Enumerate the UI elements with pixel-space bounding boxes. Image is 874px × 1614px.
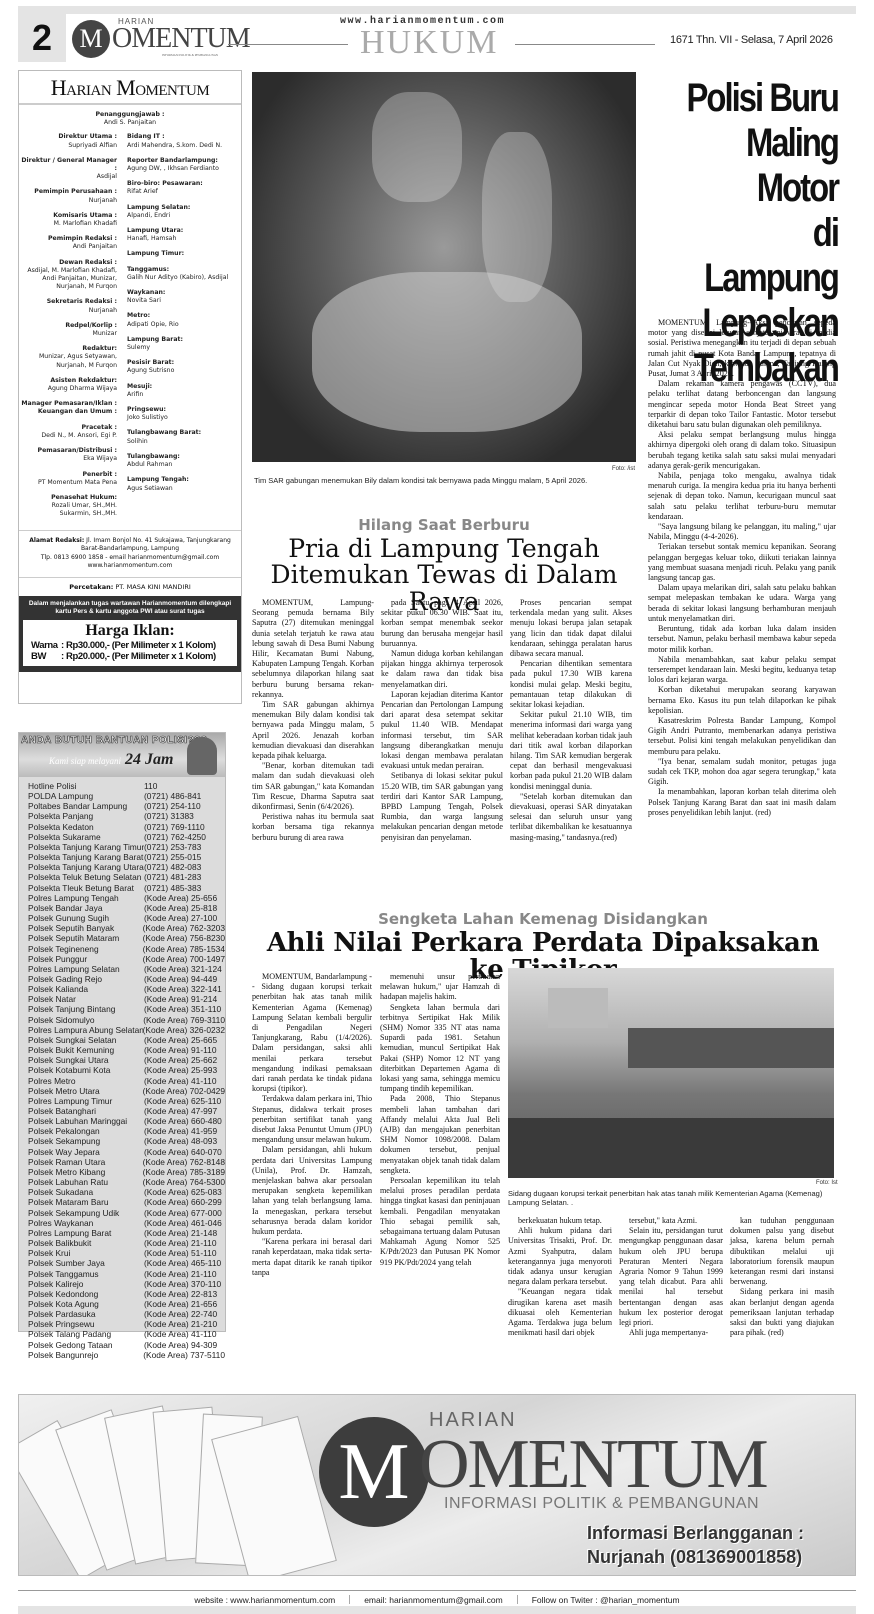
police-row: Polsek Gading Rejo(Kode Area) 94-449 [28,974,225,984]
masthead-entry: Tanggamus:Galih Nur Adityo (Kabiro), Asd… [127,266,241,282]
masthead-entry: Manager Pemasaran/Iklan : Keuangan dan U… [19,400,117,416]
police-banner-sub: Kami siap melayani [49,756,121,766]
masthead-entry: Direktur / General Manager :Asdijal [19,157,117,182]
police-row: Polsekta Tanjung Karang Timur(0721) 253-… [28,842,225,852]
masthead-entry: Pemimpin Redaksi :Andi Panjaitan [19,235,117,251]
masthead-entry: Lampung Timur: [127,250,241,258]
police-row: Polsek Krui(Kode Area) 51-110 [28,1248,225,1258]
police-row: Polsek Sekampung Udik(Kode Area) 677-000 [28,1208,225,1218]
paragraph: Dalam rekaman kamera pengawas (CCTV), du… [648,379,836,430]
masthead-entry: Dewan Redaksi :Asdijal, M. Marlofian Kha… [19,259,117,292]
police-row: Polsek Way Jepara(Kode Area) 640-070 [28,1147,225,1157]
tipikor-column-2: memenuhi unsur perbuatan melawan hukum,"… [380,972,500,1268]
police-row: Polsek Gunung Sugih(Kode Area) 27-100 [28,913,225,923]
contact: Tlp. 0813 6900 1858 - email harianmoment… [41,554,219,561]
court-photo [508,968,834,1178]
paragraph: Persoalan kepemilikan itu telah melalui … [380,1176,500,1268]
ad-rate-row: BW: Rp20.000,- (Per Milimeter x 1 Kolom) [31,651,229,662]
masthead-entry: Pracetak :Dedi N., M. Ansori, Egi P. [19,424,117,440]
tipikor-column-5: kan tuduhan penggunaan dokumen palsu yan… [730,1216,834,1338]
logo-tagline: INFORMASI POLITIK & PEMBANGUNAN [162,53,218,57]
masthead-entry: Lampung Utara:Hanafi, Hamsah [127,227,241,243]
header-rule-left [228,44,348,45]
police-row: Polsek Sekampung(Kode Area) 48-093 [28,1136,225,1146]
police-row: Polsek Kedondong(Kode Area) 22-813 [28,1289,225,1299]
logo-harian: HARIAN [118,17,154,26]
paragraph: Tim SAR gabungan akhirnya menemukan Bily… [252,700,374,761]
tipikor-column-3: berkekuatan hukum tetap.Ahli hukum pidan… [508,1216,612,1338]
tipikor-column-1: MOMENTUM, Bandarlampung -- Sidang dugaan… [252,972,372,1278]
paragraph: Nabila, penjaga toko mengaku, awalnya ti… [648,471,836,522]
police-row: Polsek Bangunrejo(Kode Area) 737-5110 [28,1350,225,1360]
paragraph: Selain itu, persidangan turut mengungkap… [619,1226,723,1328]
subscription-ad[interactable]: M HARIAN OMENTUM INFORMASI POLITIK & PEM… [18,1394,856,1576]
police-row: Polsek Bukit Kemuning(Kode Area) 91-110 [28,1045,225,1055]
sar-column-2: pada Sabtu pagi, 4 April 2026, sekitar p… [381,598,503,843]
police-row: Polsek Gedong Tataan(Kode Area) 94-309 [28,1340,225,1350]
masthead-title: Harian Momentum [19,71,241,105]
police-row: Polsek Metro Kibang(Kode Area) 785-3189 [28,1167,225,1177]
masthead-entry: Lampung Tengah:Agus Setiawan [127,476,241,492]
police-row: Polsek Balikbukit(Kode Area) 21-110 [28,1238,225,1248]
maling-body: MOMENTUM, Lampung--Aksi pencurian sepeda… [648,318,836,818]
paragraph: Ahli juga mempertanya- [619,1328,723,1338]
masthead-entry: Pemasaran/Distribusi :Eka Wijaya [19,447,117,463]
top-bar [18,6,856,14]
police-row: Polsek Batanghari(Kode Area) 47-997 [28,1106,225,1116]
police-row: Polres Lampura Abung Selatan(Kode Area) … [28,1025,225,1035]
paragraph: Beruntung, tidak ada korban luka dalam i… [648,624,836,655]
paragraph: MOMENTUM, Bandarlampung -- Sidang dugaan… [252,972,372,1094]
ad-logo-m-icon: M [319,1417,429,1527]
police-row: Polsekta Tleuk Betung Barat(0721) 485-38… [28,883,225,893]
police-row: Polsek Labuhan Ratu(Kode Area) 764-5300 [28,1177,225,1187]
police-row: Polsek Sukadana(Kode Area) 625-083 [28,1187,225,1197]
paragraph: Sidang perkara ini masih akan berlanjut … [730,1287,834,1338]
sar-photo-caption: Tim SAR gabungan menemukan Bily dalam ko… [254,476,587,485]
paragraph: Kasatreskrim Polresta Bandar Lampung, Ko… [648,716,836,757]
footer-email[interactable]: email: harianmomentum@gmail.com [364,1595,503,1605]
police-directory: ANDA BUTUH BANTUAN POLISI??? Kami siap m… [18,732,226,1332]
paragraph: Pencarian dihentikan sementara pada puku… [510,659,632,710]
paragraph: Terdakwa dalam perkara ini, Thio Stepanu… [252,1094,372,1145]
police-row: Polres Lampung Timur(Kode Area) 625-110 [28,1096,225,1106]
paragraph: Dalam upaya melarikan diri, salah satu p… [648,583,836,624]
police-row: Polsek Tegineneng(Kode Area) 785-1534 [28,944,225,954]
police-row: Polsek Sidomulyo(Kode Area) 769-3110 [28,1015,225,1025]
paragraph: Proses pencarian sempat terkendala medan… [510,598,632,659]
ad-tagline: INFORMASI POLITIK & PEMBANGUNAN [444,1495,759,1513]
paragraph: Laporan kejadian diterima Kantor Pencari… [381,690,503,772]
page-number: 2 [18,14,66,62]
masthead-entry: Tulangbawang Barat:Solihin [127,429,241,445]
paragraph: Namun diduga korban kehilangan pijakan h… [381,649,503,690]
header-rule-right [515,44,655,45]
police-banner-title: ANDA BUTUH BANTUAN POLISI??? [21,735,207,746]
police-row: Polsekta Tanjung Karang Barat(0721) 255-… [28,852,225,862]
police-row: Polres Metro(Kode Area) 41-110 [28,1076,225,1086]
masthead-entry: Tulangbawang:Abdul Rahman [127,453,241,469]
masthead-entry: Direktur Utama :Supriyadi Alfian [19,133,117,149]
police-row: Polsek Tanggamus(Kode Area) 21-110 [28,1269,225,1279]
masthead-entry: Redaktur:Munizar, Agus Setyawan, Nurjana… [19,345,117,370]
police-row: Polsek Sumber Jaya(Kode Area) 465-110 [28,1258,225,1268]
paragraph: Teriakan tersebut sontak memicu kepanika… [648,542,836,583]
paragraph: "Karena perkara ini berasal dari ranah k… [252,1237,372,1278]
police-row: Polsek Talang Padang(Kode Area) 41-110 [28,1329,225,1339]
masthead-left-column: Direktur Utama :Supriyadi AlfianDirektur… [19,133,123,525]
footer-twitter[interactable]: Follow on Twiter : @harian_momentum [532,1595,680,1605]
police-row: Polsek Sungkai Utara(Kode Area) 25-662 [28,1055,225,1065]
police-officer-icon [187,737,217,775]
court-photo-caption: Sidang dugaan korupsi terkait penerbitan… [508,1189,834,1207]
police-row: Polsek Pringsewu(Kode Area) 21-210 [28,1319,225,1329]
police-row: Poltabes Bandar Lampung(0721) 254-110 [28,801,225,811]
paragraph: berkekuatan hukum tetap. [508,1216,612,1226]
masthead-entry: Pringsewu:Joko Sulistiyo [127,406,241,422]
police-row: Polsekta Tanjung Karang Utara(0721) 482-… [28,862,225,872]
paragraph: "Setelah korban ditemukan dan dievakuasi… [510,792,632,843]
paragraph: Peristiwa nahas itu bermula saat korban … [252,812,374,843]
paragraph: Ia menambahkan, laporan korban telah dit… [648,787,836,818]
logo-name: OMENTUM [112,23,250,54]
press-note: Dalam menjalankan tugas wartawan Harianm… [23,600,237,616]
police-row: Polsek Kalianda(Kode Area) 322-141 [28,984,225,994]
masthead-right-column: Bidang IT :Ardi Mahendra, S.kom. Dedi N.… [123,133,241,525]
police-row: Polsek Pardasuka(Kode Area) 22-740 [28,1309,225,1319]
masthead-entry: Biro-biro: Pesawaran:Rifat Arief [127,180,241,196]
police-row: Polsek Kotabumi Kota(Kode Area) 25-993 [28,1065,225,1075]
masthead: Harian Momentum Penanggungjawab : Andi S… [18,70,242,704]
paragraph: MOMENTUM, Lampung-Seorang pemuda bernama… [252,598,374,700]
police-row: Polsek Bandar Jaya(Kode Area) 25-818 [28,903,225,913]
sar-column-1: MOMENTUM, Lampung-Seorang pemuda bernama… [252,598,374,843]
paragraph: memenuhi unsur perbuatan melawan hukum,"… [380,972,500,1003]
paragraph: "Saya langsung bilang ke pelanggan, itu … [648,522,836,542]
police-row: Polsek Punggur(Kode Area) 700-1497 [28,954,225,964]
police-row: Polsek Kalirejo(Kode Area) 370-110 [28,1279,225,1289]
masthead-entry: Waykanan:Novita Sari [127,289,241,305]
logo-m-icon: M [72,20,110,58]
paragraph: kan tuduhan penggunaan dokumen palsu yan… [730,1216,834,1287]
paragraph: Aksi pelaku sempat berlangsung mulus hin… [648,430,836,471]
police-row: Polsekta Sukarame(0721) 762-4250 [28,832,225,842]
police-row: Polsek Seputih Mataram(Kode Area) 756-82… [28,933,225,943]
masthead-entry: Penerbit :PT Momentum Mata Pena [19,471,117,487]
masthead-entry: Reporter Bandarlampung:Agung DW, , Ikhsa… [127,157,241,173]
police-banner-hours: 24 Jam [125,751,173,768]
ad-rate-row: Warna: Rp30.000,- (Per Milimeter x 1 Kol… [31,640,229,651]
ad-subscribe-label: Informasi Berlangganan : [587,1523,804,1544]
police-row: Polsekta Teluk Betung Selatan(0721) 481-… [28,872,225,882]
police-row: Polsekta Panjang(0721) 31383 [28,811,225,821]
masthead-entry: Pesisir Barat:Agung Sutrisno [127,359,241,375]
tipikor-column-4: tersebut," kata Azmi.Selain itu, persida… [619,1216,723,1338]
masthead-entry: Penasehat Hukum:Rozali Umar, SH.,MH. Suk… [19,494,117,519]
paragraph: "Benar, korban ditemukan tadi malam dan … [252,761,374,812]
paragraph: pada Sabtu pagi, 4 April 2026, sekitar p… [381,598,503,649]
paragraph: Dalam persidangan, ahli hukum perdata da… [252,1145,372,1237]
paragraph: Nabila menambahkan, saat kabur pelaku se… [648,655,836,686]
paragraph: Korban diketahui merupakan seorang karya… [648,685,836,716]
police-row: POLDA Lampung(0721) 486-841 [28,791,225,801]
paragraph: Ahli hukum pidana dari Universitas Trisa… [508,1226,612,1287]
masthead-entry: Metro:Adipati Opie, Rio [127,312,241,328]
sar-photo [252,72,636,462]
paragraph: Sengketa lahan bermula dari terbitnya Se… [380,1003,500,1095]
penanggungjawab-label: Penanggungjawab : [95,111,164,118]
paragraph: MOMENTUM, Lampung--Aksi pencurian sepeda… [648,318,836,379]
police-row: Polsek Seputih Banyak(Kode Area) 762-320… [28,923,225,933]
footer-website[interactable]: website : www.harianmomentum.com [194,1595,335,1605]
police-row: Polres Lampung Tengah(Kode Area) 25-656 [28,893,225,903]
police-row: Polres Waykanan(Kode Area) 461-046 [28,1218,225,1228]
police-row: Polsek Natar(Kode Area) 91-214 [28,994,225,1004]
printer: Percetakan: PT. MASA KINI MANDIRI [19,577,241,596]
police-banner: ANDA BUTUH BANTUAN POLISI??? Kami siap m… [19,733,225,777]
police-row: Hotline Polisi110 [28,781,225,791]
police-row: Polsek Labuhan Maringgai(Kode Area) 660-… [28,1116,225,1126]
tipikor-kicker: Sengketa Lahan Kemenag Disidangkan [252,910,834,928]
masthead-entry: Redpel/Korlip :Munizar [19,322,117,338]
masthead-entry: Lampung Selatan:Alpandi, Endri [127,204,241,220]
police-row: Polsek Mataram Baru(Kode Area) 660-299 [28,1197,225,1207]
paragraph: Setibanya di lokasi sekitar pukul 15.20 … [381,771,503,842]
police-row: Polsek Kota Agung(Kode Area) 21-656 [28,1299,225,1309]
ad-rates-title: Harga Iklan: [31,622,229,640]
police-row: Polres Lampung Barat(Kode Area) 21-148 [28,1228,225,1238]
masthead-entry: Komisaris Utama :M. Marlofian Khadafi [19,212,117,228]
ad-name: OMENTUM [419,1425,767,1505]
masthead-entry: Mesuji:Arifin [127,383,241,399]
paragraph: Sekitar pukul 21.10 WIB, tim menerima in… [510,710,632,792]
paragraph: tersebut," kata Azmi. [619,1216,723,1226]
header-logo[interactable]: M HARIAN OMENTUM INFORMASI POLITIK & PEM… [72,18,250,60]
sar-photo-credit: Foto: /ist [612,466,635,472]
police-row: Polsek Tanjung Bintang(Kode Area) 351-11… [28,1004,225,1014]
ad-rates-box: Dalam menjalankan tugas wartawan Harianm… [19,596,241,672]
paragraph: "Iya benar, semalam sudah monitor, petug… [648,757,836,788]
sar-kicker: Hilang Saat Berburu [252,516,636,534]
masthead-entry: Asisten Rekdaktur:Agung Dharma Wijaya [19,377,117,393]
section-title: HUKUM [360,24,498,62]
issue-info: 1671 Thn. VII - Selasa, 7 April 2026 [670,34,833,46]
masthead-entry: Sekretaris Redaksi :Nurjanah [19,298,117,314]
sar-column-3: Proses pencarian sempat terkendala medan… [510,598,632,843]
police-row: Polsek Raman Utara(Kode Area) 762-8148 [28,1157,225,1167]
court-photo-credit: Foto: Ist [816,1180,838,1186]
paragraph: "Keuangan negara tidak dirugikan karena … [508,1287,612,1338]
police-phone-list: Hotline Polisi110POLDA Lampung(0721) 486… [19,777,225,1360]
police-row: Polsekta Kedaton(0721) 769-1110 [28,822,225,832]
masthead-address: Alamat Redaksi: Jl. Imam Bonjol No. 41 S… [19,530,241,577]
masthead-entry: Bidang IT :Ardi Mahendra, S.kom. Dedi N. [127,133,241,149]
penanggungjawab-value: Andi S. Panjaitan [104,119,156,126]
police-row: Polsek Sungkai Selatan(Kode Area) 25-665 [28,1035,225,1045]
police-row: Polsek Metro Utara(Kode Area) 702-0429 [28,1086,225,1096]
ad-subscribe-contact: Nurjanah (081369001858) [587,1547,802,1568]
footer-bar [18,1606,856,1614]
paragraph: Pada 2008, Thio Stepanus membeli lahan t… [380,1094,500,1176]
masthead-website[interactable]: www.harianmomentum.com [88,562,173,569]
police-row: Polres Lampung Selatan(Kode Area) 321-12… [28,964,225,974]
police-row: Polsek Pekalongan(Kode Area) 41-959 [28,1126,225,1136]
masthead-entry: Pemimpin Perusahaan :Nurjanah [19,188,117,204]
masthead-entry: Lampung Barat:Sulemy [127,336,241,352]
